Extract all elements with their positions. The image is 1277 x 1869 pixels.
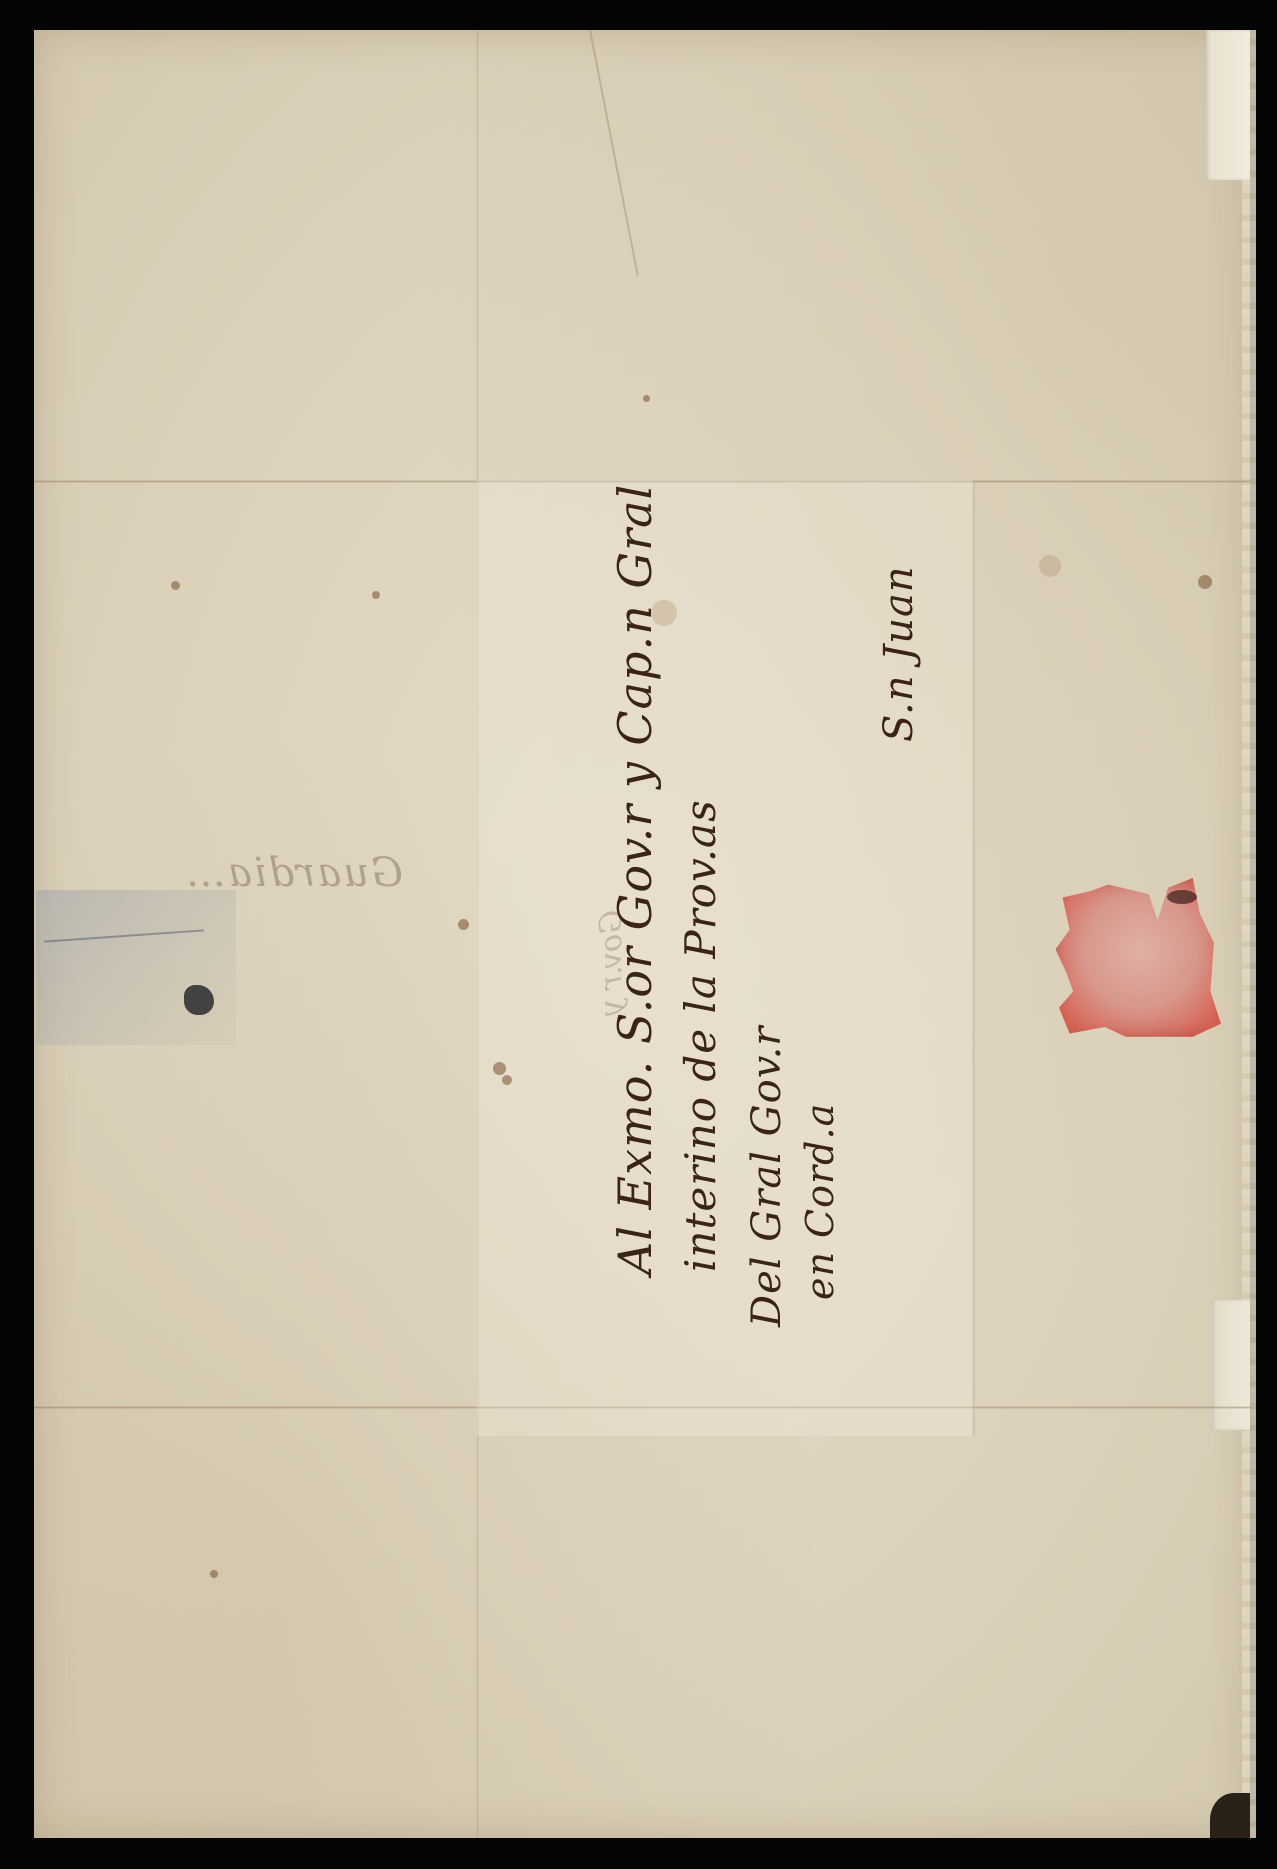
torn-edge-right	[1212, 1300, 1250, 1430]
torn-corner-bottom-right	[1210, 1793, 1250, 1838]
red-wax-seal	[1052, 878, 1228, 1040]
seal-soot-mark	[1167, 890, 1197, 904]
ink-spot	[502, 1075, 512, 1085]
place-name: S.n Juan	[876, 565, 922, 742]
crease-diagonal	[589, 30, 639, 276]
seal-residue-patch	[36, 890, 236, 1045]
sender-line-2: en Cord.a	[798, 1103, 842, 1300]
ink-spot	[493, 1062, 506, 1075]
ink-spot	[171, 581, 180, 590]
address-line-2: interino de la Prov.as	[676, 799, 725, 1272]
show-through-ink: Guardia…	[184, 850, 403, 896]
ink-spot	[372, 591, 380, 599]
ink-spot	[643, 395, 650, 402]
ink-spot	[210, 1570, 218, 1578]
ragged-edge	[1242, 30, 1256, 1838]
torn-corner-top-right	[1206, 30, 1250, 180]
wax-fragment	[184, 985, 214, 1015]
ink-spot	[1198, 575, 1212, 589]
scan-background: Guardia… Gov.r y Al Exmo. S.or Gov.r y C…	[0, 0, 1277, 1869]
stain	[1039, 555, 1061, 577]
ink-spot	[458, 919, 469, 930]
address-line-1: Al Exmo. S.or Gov.r y Cap.n Gral	[608, 484, 662, 1275]
sender-line-1: Del Gral Gov.r	[744, 1026, 790, 1327]
